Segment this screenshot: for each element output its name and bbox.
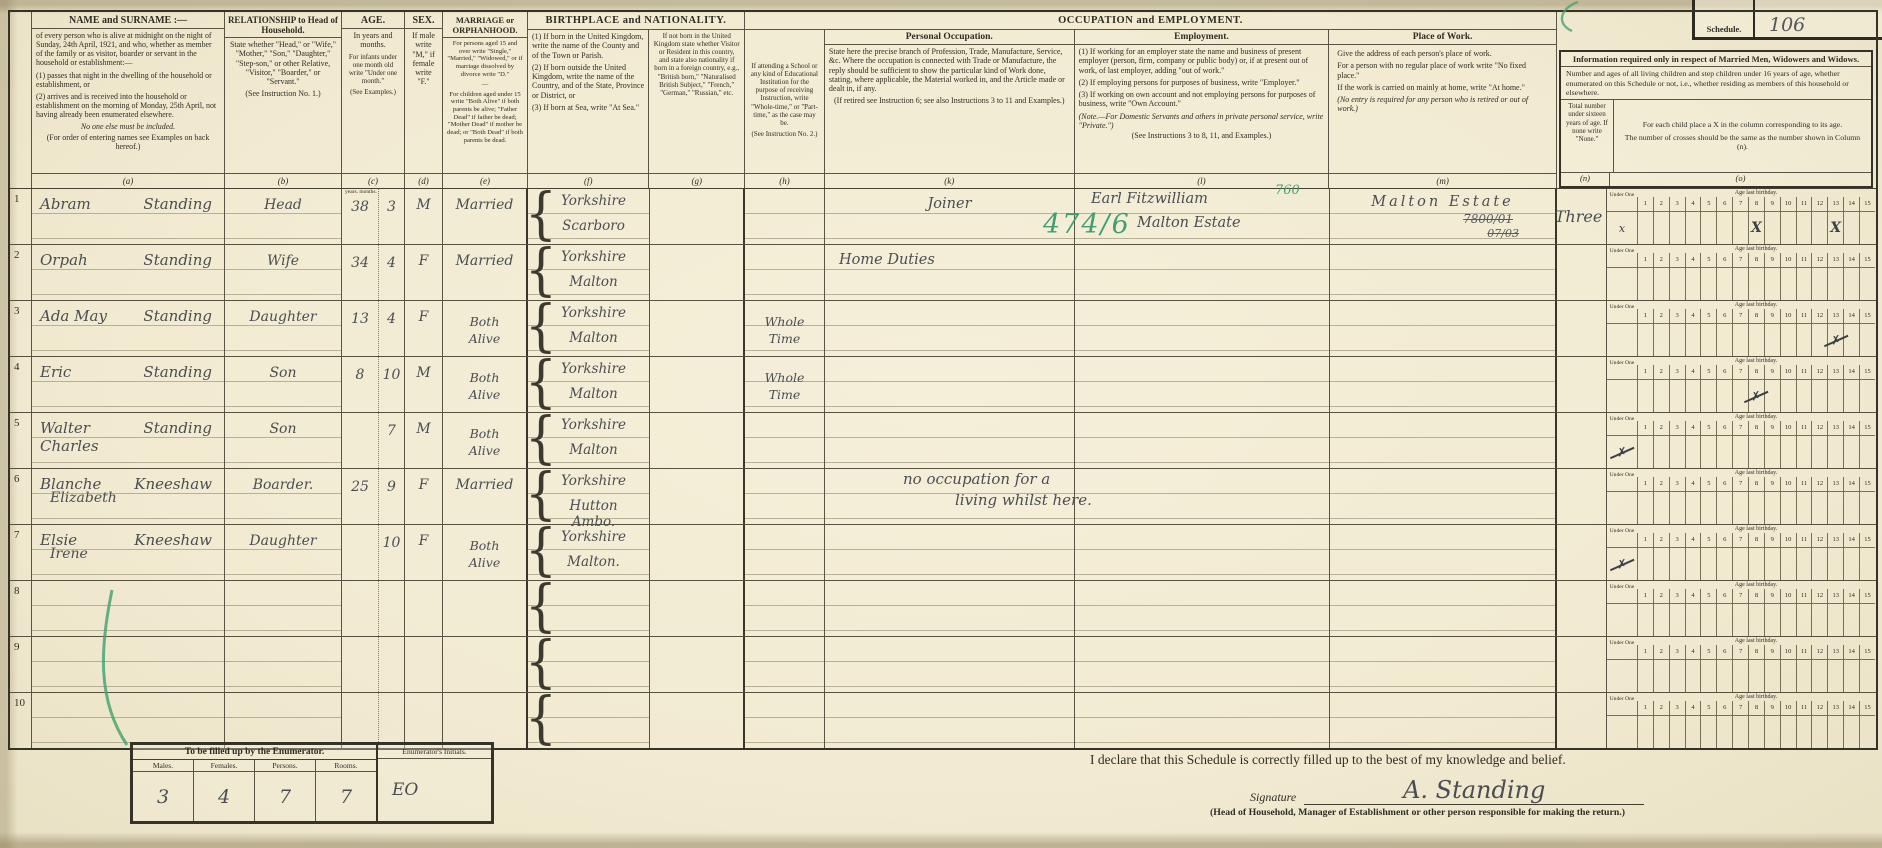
age-grid-cell-10 <box>1780 268 1796 300</box>
age-grid-cell-14 <box>1843 548 1859 580</box>
age-grid-cell-5 <box>1700 324 1716 356</box>
age-grid-header: Under OneAge last birthday.1234567891011… <box>1607 525 1875 547</box>
total-children-column-label: Total number under sixteen years of age.… <box>1561 100 1614 172</box>
age-grid-cell-1 <box>1637 436 1653 468</box>
marriage-line2: Alive <box>469 388 500 402</box>
age-grid-cell-under-one <box>1607 268 1637 300</box>
age-grid-cell-9 <box>1764 660 1780 692</box>
birthplace-instr-2: (2) If born outside the United Kingdom, … <box>532 63 644 100</box>
age-grid-cell-6 <box>1716 380 1732 412</box>
age-grid-number: 2 <box>1653 589 1669 603</box>
age-grid-number: 8 <box>1748 701 1764 715</box>
row-number: 1 <box>10 189 31 205</box>
age-grid-number: 11 <box>1796 477 1812 491</box>
age-grid-number: 3 <box>1669 701 1685 715</box>
age-grid-header-right: Age last birthday.123456789101112131415 <box>1637 693 1875 715</box>
relationship-cell <box>225 693 342 748</box>
age-grid-number: 6 <box>1716 533 1732 547</box>
occupation-instr-footer: (If retired see Instruction 6; see also … <box>829 96 1070 105</box>
age-grid-number: 9 <box>1764 589 1780 603</box>
age-grid-under-one-label: Under One <box>1607 189 1637 211</box>
birthplace-cell: { <box>528 693 650 748</box>
age-grid-cell-12 <box>1811 660 1827 692</box>
sex-cell: F <box>405 469 443 524</box>
age-grid-cell-2 <box>1653 604 1669 636</box>
age-grid-cell-8: X <box>1748 212 1764 244</box>
age-grid-number: 8 <box>1748 309 1764 323</box>
age-grid-cell-2 <box>1653 380 1669 412</box>
age-grid-number: 1 <box>1637 533 1653 547</box>
age-grid-cell-6 <box>1716 436 1732 468</box>
age-grid-cell-6 <box>1716 212 1732 244</box>
age-grid-number: 9 <box>1764 701 1780 715</box>
occupation-entry: Home Duties <box>825 245 1074 268</box>
birth-county: Yorkshire <box>546 361 641 377</box>
enumerator-initials-value: EO <box>378 759 491 821</box>
relationship-instr-footer: (See Instruction No. 1.) <box>229 89 337 98</box>
age-grid-number: 15 <box>1859 253 1875 267</box>
age-grid-header-right: Age last birthday.123456789101112131415 <box>1637 581 1875 603</box>
surname: Standing <box>143 307 212 325</box>
age-grid-cell-10 <box>1780 492 1796 524</box>
age-grid-cell-11 <box>1796 380 1812 412</box>
age-grid-cell: Under OneAge last birthday.1234567891011… <box>1607 637 1875 692</box>
age-grid-cell-10 <box>1780 604 1796 636</box>
age-grid-number: 11 <box>1796 701 1812 715</box>
age-grid-number: 11 <box>1796 421 1812 435</box>
age-grid-cell-under-one <box>1607 492 1637 524</box>
age-grid-cell: Under OneAge last birthday.1234567891011… <box>1607 525 1875 580</box>
age-grid-cell-7 <box>1732 268 1748 300</box>
age-years-cell <box>342 693 379 748</box>
child-age-cross-scribble: ✗ <box>1616 444 1628 460</box>
age-grid-cell-10 <box>1780 548 1796 580</box>
age-grid-cell: Under OneAge last birthday.1234567891011… <box>1607 357 1875 412</box>
birthplace-group-title: BIRTHPLACE and NATIONALITY. <box>528 12 744 30</box>
age-grid-label-2: The number of crosses should be the same… <box>1622 133 1863 151</box>
married-info-box: Information required only in respect of … <box>1559 50 1873 188</box>
age-grid-cell-4 <box>1685 324 1701 356</box>
birthplace-cell: {YorkshireMalton <box>528 413 650 468</box>
age-grid-cell-14 <box>1843 660 1859 692</box>
age-grid-number: 8 <box>1748 645 1764 659</box>
sex-column-title: SEX. <box>405 12 442 29</box>
age-grid-number: 15 <box>1859 701 1875 715</box>
age-grid-cell-15 <box>1859 548 1875 580</box>
sex-cell <box>405 637 443 692</box>
enumerator-initials: Enumerator's Initials. EO <box>378 745 491 821</box>
row-number: 9 <box>10 637 31 653</box>
surname: Standing <box>143 251 212 269</box>
age-grid-cell-1 <box>1637 268 1653 300</box>
row-number: 3 <box>10 301 31 317</box>
first-name: Abram <box>40 195 91 213</box>
age-grid-cell-under-one <box>1607 716 1637 748</box>
age-grid-number: 4 <box>1685 309 1701 323</box>
occupation-cell <box>825 525 1075 580</box>
row-number-cell: 3 <box>10 301 32 356</box>
age-grid-cell-7 <box>1732 660 1748 692</box>
age-grid-number: 2 <box>1653 197 1669 211</box>
column-header-relationship: RELATIONSHIP to Head of Household. State… <box>225 12 342 188</box>
column-header-occupation: Personal Occupation. State here the prec… <box>825 30 1075 188</box>
age-grid-number: 9 <box>1764 533 1780 547</box>
age-grid-number: 10 <box>1780 533 1796 547</box>
pencil-annotation-2: 07/03 <box>1487 227 1519 240</box>
person-name <box>32 637 224 643</box>
age-grid-cell-8 <box>1748 324 1764 356</box>
row-number: 8 <box>10 581 31 597</box>
child-age-cross-scribble: ✗ <box>1750 388 1762 404</box>
table-row: 5Walter CharlesStandingSon7MBothAlive{Yo… <box>10 413 1876 469</box>
age-grid-number: 8 <box>1748 589 1764 603</box>
age-grid-number: 15 <box>1859 365 1875 379</box>
age-grid-cell-under-one <box>1607 324 1637 356</box>
nationality-cell <box>650 525 745 580</box>
age-grid-cell-9 <box>1764 324 1780 356</box>
age-grid-number: 10 <box>1780 365 1796 379</box>
birthplace-group-header: BIRTHPLACE and NATIONALITY. (1) If born … <box>528 12 745 188</box>
person-name: Walter CharlesStanding <box>32 413 224 455</box>
age-grid-cells: ✗ <box>1607 547 1875 580</box>
age-grid-cell-5 <box>1700 716 1716 748</box>
occupation-instr-body: State here the precise branch of Profess… <box>829 47 1070 93</box>
school-line1: Whole <box>765 315 805 329</box>
name-cell: Walter CharlesStanding <box>32 413 225 468</box>
column-letter-g: (g) <box>649 173 744 188</box>
marriage-cell: Married <box>443 245 528 300</box>
pencil-annotation-1: 7800/01 <box>1463 212 1513 226</box>
column-header-place-of-work: Place of Work. Give the address of each … <box>1329 30 1556 188</box>
age-grid-number: 13 <box>1827 477 1843 491</box>
age-grid-under-one-label: Under One <box>1607 357 1637 379</box>
age-grid-number: 10 <box>1780 645 1796 659</box>
age-grid-number: 3 <box>1669 589 1685 603</box>
birthplace-cell: { <box>528 637 650 692</box>
birthplace-brace: { <box>525 686 557 751</box>
age-grid-number: 4 <box>1685 645 1701 659</box>
employment-column-title: Employment. <box>1075 30 1329 45</box>
total-children-cell <box>1557 413 1607 468</box>
name-cell <box>32 693 225 748</box>
age-months: 3 <box>387 199 396 215</box>
marriage-cell: BothAlive <box>443 357 528 412</box>
age-grid-number: 12 <box>1811 197 1827 211</box>
age-grid-number: 14 <box>1843 197 1859 211</box>
age-grid-cell-1 <box>1637 212 1653 244</box>
name-instr-intro: of every person who is alive at midnight… <box>36 31 220 68</box>
age-grid-cell-3 <box>1669 660 1685 692</box>
age-grid-cell-9 <box>1764 716 1780 748</box>
age-grid-number: 14 <box>1843 365 1859 379</box>
child-age-cross: X <box>1751 220 1762 236</box>
age-grid-header-right: Age last birthday.123456789101112131415 <box>1637 245 1875 267</box>
age-grid-number: 6 <box>1716 421 1732 435</box>
occupation-note-line2: living whilst here. <box>955 491 1092 509</box>
age-grid-numbers: 123456789101112131415 <box>1637 421 1875 435</box>
age-grid-cell-13 <box>1827 436 1843 468</box>
age-grid-cell-7 <box>1732 212 1748 244</box>
row-number-cell: 7 <box>10 525 32 580</box>
age-grid-number: 9 <box>1764 197 1780 211</box>
sex-instr-body: If male write "M," if female write "F." <box>409 31 438 87</box>
nationality-instr-body: If not born in the United Kingdom state … <box>653 32 740 97</box>
place-of-work-cell <box>1330 301 1557 356</box>
column-header-sex: SEX. If male write "M," if female write … <box>405 12 443 188</box>
first-name: Orpah <box>40 251 88 269</box>
age-grid-number: 3 <box>1669 477 1685 491</box>
age-grid-number: 4 <box>1685 589 1701 603</box>
employment-cell: Earl FitzwilliamMalton Estate474/6760 <box>1075 189 1330 244</box>
age-grid-cell-14 <box>1843 436 1859 468</box>
person-name: ElsieIreneKneeshaw <box>32 525 224 562</box>
age-grid-number: 4 <box>1685 421 1701 435</box>
age-grid-cell-3 <box>1669 436 1685 468</box>
age-grid-cell: Under OneAge last birthday.1234567891011… <box>1607 245 1875 300</box>
age-grid-cell: Under OneAge last birthday.1234567891011… <box>1607 581 1875 636</box>
column-letter-d: (d) <box>405 173 442 188</box>
surname: Kneeshaw <box>134 475 212 506</box>
table-row: 9{Under OneAge last birthday.12345678910… <box>10 637 1876 693</box>
age-grid-number: 14 <box>1843 477 1859 491</box>
birth-town: Malton <box>546 442 641 458</box>
birthplace-cell: {YorkshireMalton <box>528 357 650 412</box>
nationality-cell <box>650 469 745 524</box>
age-grid-number: 5 <box>1700 253 1716 267</box>
age-grid-cell-11 <box>1796 660 1812 692</box>
age-grid-header-right: Age last birthday.123456789101112131415 <box>1637 413 1875 435</box>
school-line1: Whole <box>765 371 805 385</box>
marriage-line1: Both <box>470 315 500 329</box>
total-children-cell <box>1557 525 1607 580</box>
marriage-line1: Both <box>470 427 500 441</box>
age-grid-age-label: Age last birthday. <box>1637 413 1875 421</box>
person-name: OrpahStanding <box>32 245 224 269</box>
column-header-rownum <box>10 12 32 188</box>
age-grid-cell-3 <box>1669 548 1685 580</box>
birth-town: Malton <box>546 274 641 290</box>
age-grid-number: 1 <box>1637 477 1653 491</box>
age-grid-cells: xXX <box>1607 211 1875 244</box>
marriage-cell <box>443 693 528 748</box>
name-column-title: NAME and SURNAME :— <box>32 12 224 29</box>
age-years-cell: 13 <box>342 301 379 356</box>
census-schedule-page: Schedule. 106 NAME and SURNAME :— of eve… <box>0 0 1882 848</box>
nationality-cell <box>650 357 745 412</box>
age-grid-cell-3 <box>1669 380 1685 412</box>
total-children-cell <box>1557 581 1607 636</box>
marriage-instr-p2: For children aged under 15 write "Both A… <box>447 91 523 144</box>
occupation-group-title: OCCUPATION and EMPLOYMENT. <box>745 12 1556 30</box>
age-grid-cell-2 <box>1653 548 1669 580</box>
birth-county: Yorkshire <box>546 193 641 209</box>
birthplace-cell: {YorkshireMalton <box>528 301 650 356</box>
age-grid-cell-15 <box>1859 212 1875 244</box>
age-grid-header: Under OneAge last birthday.1234567891011… <box>1607 469 1875 491</box>
age-grid-number: 6 <box>1716 197 1732 211</box>
row-number-cell: 1 <box>10 189 32 244</box>
name-instr-item1: (1) passes that night in the dwelling of… <box>36 71 220 89</box>
table-body: 1AbramStandingHead38years. months.3MMarr… <box>10 189 1876 748</box>
signature-note: (Head of Household, Manager of Establish… <box>1210 807 1850 818</box>
name-cell: ElsieIreneKneeshaw <box>32 525 225 580</box>
row-number: 5 <box>10 413 31 429</box>
age-grid-numbers: 123456789101112131415 <box>1637 309 1875 323</box>
school-cell <box>745 525 825 580</box>
age-grid-number: 1 <box>1637 645 1653 659</box>
column-letter-b: (b) <box>225 173 341 188</box>
age-grid-under-one-label: Under One <box>1607 301 1637 323</box>
sex-cell: M <box>405 413 443 468</box>
age-grid-cell-14 <box>1843 212 1859 244</box>
age-grid-header: Under OneAge last birthday.1234567891011… <box>1607 581 1875 603</box>
birthplace-cell: {YorkshireMalton <box>528 245 650 300</box>
column-header-name: NAME and SURNAME :— of every person who … <box>32 12 225 188</box>
age-instr-body: In years and months. <box>346 31 400 50</box>
age-grid-number: 4 <box>1685 477 1701 491</box>
age-grid-cell-11 <box>1796 268 1812 300</box>
age-grid-cells <box>1607 267 1875 300</box>
table-row: 6BlancheElizabethKneeshawBoarder.259FMar… <box>10 469 1876 525</box>
person-name <box>32 693 224 699</box>
place-of-work-cell <box>1330 469 1557 524</box>
age-grid-cells: ✗ <box>1607 379 1875 412</box>
age-grid-number: 11 <box>1796 365 1812 379</box>
age-grid-header-right: Age last birthday.123456789101112131415 <box>1637 637 1875 659</box>
age-grid-cell-10 <box>1780 660 1796 692</box>
age-grid-cell-13 <box>1827 716 1843 748</box>
occupation-cell <box>825 413 1075 468</box>
age-grid-number: 12 <box>1811 533 1827 547</box>
age-grid-number: 12 <box>1811 309 1827 323</box>
age-grid-cell-2 <box>1653 660 1669 692</box>
age-grid-cell: Under OneAge last birthday.1234567891011… <box>1607 469 1875 524</box>
age-grid-cell-15 <box>1859 604 1875 636</box>
age-grid-cell-13: ✗ <box>1827 324 1843 356</box>
age-grid-cell-14 <box>1843 380 1859 412</box>
marriage-line2: Alive <box>469 332 500 346</box>
sex-cell: F <box>405 245 443 300</box>
school-cell <box>745 693 825 748</box>
age-grid-cell-1 <box>1637 492 1653 524</box>
place-column-title: Place of Work. <box>1329 30 1556 45</box>
place-instr-2: For a person with no regular place of wo… <box>1337 61 1548 80</box>
employment-cell <box>1075 693 1330 748</box>
row-number: 7 <box>10 525 31 541</box>
relationship-cell: Son <box>225 413 342 468</box>
age-grid-cell-11 <box>1796 604 1812 636</box>
age-years-cell: 8 <box>342 357 379 412</box>
age-grid-number: 1 <box>1637 365 1653 379</box>
age-months-cell <box>379 581 405 636</box>
school-cell: WholeTime <box>745 301 825 356</box>
first-name: Walter Charles <box>40 419 143 455</box>
employer-name: Earl Fitzwilliam <box>1091 191 1208 207</box>
name-column-instructions: of every person who is alive at midnight… <box>32 29 224 173</box>
age-grid-number: 11 <box>1796 309 1812 323</box>
column-letter-e: (e) <box>443 173 527 188</box>
age-grid-number: 7 <box>1732 701 1748 715</box>
age-grid-cell: Under OneAge last birthday.1234567891011… <box>1607 693 1875 748</box>
person-name <box>32 581 224 587</box>
age-months-cell: 4 <box>379 245 405 300</box>
age-grid-cell-11 <box>1796 548 1812 580</box>
age-grid-cell-9 <box>1764 212 1780 244</box>
age-grid-number: 14 <box>1843 309 1859 323</box>
age-grid-header: Under OneAge last birthday.1234567891011… <box>1607 637 1875 659</box>
relationship-column-instructions: State whether "Head," or "Wife," "Mother… <box>225 38 341 173</box>
place-of-work-cell <box>1330 525 1557 580</box>
age-grid-number: 4 <box>1685 253 1701 267</box>
age-years-cell: 25 <box>342 469 379 524</box>
employment-instr-footer: (See Instructions 3 to 8, 11, and Exampl… <box>1079 131 1325 140</box>
nationality-cell <box>650 301 745 356</box>
age-grid-number: 5 <box>1700 533 1716 547</box>
age-grid-cell-8 <box>1748 604 1764 636</box>
age-grid-age-label: Age last birthday. <box>1637 357 1875 365</box>
age-grid-number: 1 <box>1637 197 1653 211</box>
nationality-cell <box>650 637 745 692</box>
age-grid-number: 7 <box>1732 477 1748 491</box>
birth-county: Yorkshire <box>546 305 641 321</box>
marriage-cell: BothAlive <box>443 525 528 580</box>
row-number-cell: 8 <box>10 581 32 636</box>
age-grid-number: 12 <box>1811 701 1827 715</box>
age-grid-number: 6 <box>1716 701 1732 715</box>
age-instr-note: For infants under one month old write "U… <box>346 53 400 85</box>
age-grid-number: 5 <box>1700 645 1716 659</box>
age-grid-cell-4 <box>1685 492 1701 524</box>
relationship-cell: Boarder. <box>225 469 342 524</box>
age-grid-number: 7 <box>1732 589 1748 603</box>
enumerator-box: To be filled up by the Enumerator. Males… <box>130 742 494 824</box>
age-years-cell <box>342 637 379 692</box>
relationship-cell: Son <box>225 357 342 412</box>
total-children-cell <box>1557 357 1607 412</box>
age-grid-header: Under OneAge last birthday.1234567891011… <box>1607 693 1875 715</box>
occupation-cell <box>825 301 1075 356</box>
age-grid-cell: Under OneAge last birthday.1234567891011… <box>1607 189 1875 244</box>
age-grid-cell-15 <box>1859 716 1875 748</box>
first-name: Ada May <box>40 307 107 325</box>
age-years: 34 <box>351 255 369 271</box>
school-instr-footer: (See Instruction No. 2.) <box>749 130 820 138</box>
marriage-column-title: MARRIAGE or ORPHANHOOD. <box>443 12 527 38</box>
age-column-instructions: In years and months. For infants under o… <box>342 29 404 173</box>
occupation-cell <box>825 581 1075 636</box>
age-grid-cell-3 <box>1669 604 1685 636</box>
birthplace-cell: {YorkshireScarboro <box>528 189 650 244</box>
age-grid-cell-8: ✗ <box>1748 380 1764 412</box>
sex-cell: M <box>405 189 443 244</box>
age-grid-cell-under-one <box>1607 660 1637 692</box>
green-annotation-760: 760 <box>1275 183 1300 198</box>
age-grid-cell-12 <box>1811 324 1827 356</box>
marriage-line2: Alive <box>469 444 500 458</box>
age-grid-number: 13 <box>1827 197 1843 211</box>
age-grid-cell-10 <box>1780 716 1796 748</box>
enumerator-box-title: To be filled up by the Enumerator. <box>133 745 376 760</box>
employment-instr-2: (2) If employing persons for purposes of… <box>1079 78 1325 87</box>
marriage-cell: Married <box>443 189 528 244</box>
school-instr-body: If attending a School or any kind of Edu… <box>749 62 820 127</box>
age-grid-cell-15 <box>1859 268 1875 300</box>
table-row: 8{Under OneAge last birthday.12345678910… <box>10 581 1876 637</box>
age-grid-cell-9 <box>1764 380 1780 412</box>
age-grid-under-one-label: Under One <box>1607 525 1637 547</box>
age-grid-age-label: Age last birthday. <box>1637 245 1875 253</box>
age-grid-cell-12 <box>1811 548 1827 580</box>
